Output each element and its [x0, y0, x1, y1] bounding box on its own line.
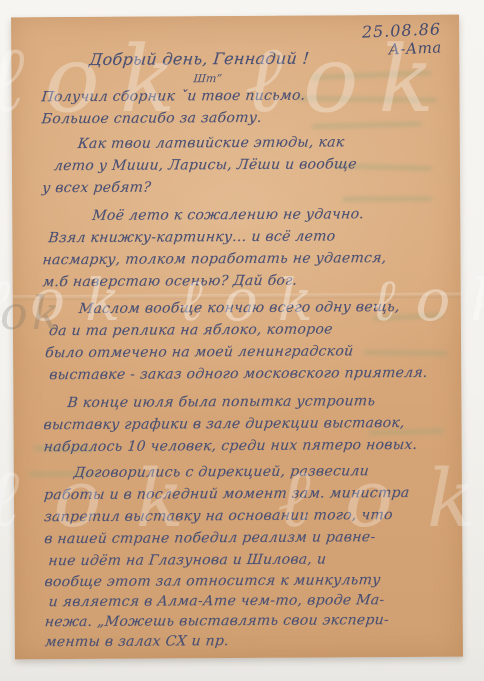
- handwritten-line: работы и в последний момент зам. министр…: [43, 485, 410, 503]
- handwritten-line: Взял книжку-картинку... и всё лето: [48, 228, 337, 246]
- date-block: 25.08.86 А-Ата: [361, 19, 442, 59]
- handwritten-line: Получил сборник ˇи твое письмо.: [41, 88, 307, 106]
- handwritten-line: было отмечено на моей ленинградской: [44, 343, 354, 361]
- handwritten-line: В конце июля была попытка устроить: [67, 393, 377, 411]
- handwritten-line: менты в залах СХ и пр.: [44, 633, 230, 650]
- bleedthrough-mark: [312, 122, 422, 129]
- handwritten-line: лето у Миши, Ларисы, Лёши и вообще: [53, 156, 357, 174]
- handwritten-line: Добрый день, Геннадий !: [88, 49, 310, 69]
- handwritten-line: да и та реплика на яблоко, которое: [48, 321, 333, 339]
- bleedthrough-mark: [311, 71, 431, 80]
- bleedthrough-mark: [342, 197, 432, 202]
- handwritten-line: м.б наверстаю осенью? Дай бог.: [42, 273, 298, 291]
- letter-place: А-Ата: [362, 38, 442, 59]
- letter-page: 25.08.86 А-Ата Шт” Добрый день, Геннадий…: [11, 15, 463, 660]
- handwritten-line: вообще этот зал относится к минкульту: [44, 572, 382, 590]
- handwritten-line: Моё лето к сожалению не удачно.: [91, 206, 364, 224]
- handwritten-line: Большое спасибо за заботу.: [41, 110, 263, 127]
- inserted-word: Шт”: [193, 72, 223, 85]
- handwritten-line: нежа. „Можешь выставлять свои экспери-: [44, 612, 390, 630]
- bleedthrough-mark: [297, 96, 437, 102]
- handwritten-line: Маслом вообще кончаю всего одну вещь,: [78, 299, 401, 317]
- handwritten-line: ние идёт на Глазунова и Шилова, и: [48, 551, 327, 569]
- handwritten-line: в нашей стране победил реализм и равне-: [43, 529, 376, 547]
- handwritten-line: и является в Алма-Ате чем-то, вроде Ма-: [48, 592, 385, 610]
- bleedthrough-mark: [363, 350, 448, 355]
- handwritten-line: запретил выставку на основании того, что: [43, 507, 393, 525]
- handwritten-line: набралось 10 человек, среди них пятеро н…: [43, 437, 418, 455]
- handwritten-line: у всех ребят?: [41, 180, 152, 197]
- handwritten-line: выставке - заказ одного московского прия…: [48, 365, 428, 383]
- handwritten-line: выставку графики в зале дирекции выставо…: [43, 415, 406, 433]
- letter-photo: 25.08.86 А-Ата Шт” Добрый день, Геннадий…: [0, 0, 484, 681]
- handwritten-line: Как твои латвийские этюды, как: [77, 134, 345, 152]
- handwritten-line: насмарку, толком поработать не удается,: [42, 250, 388, 268]
- handwritten-line: Договорились с дирекцией, развесили: [73, 463, 370, 481]
